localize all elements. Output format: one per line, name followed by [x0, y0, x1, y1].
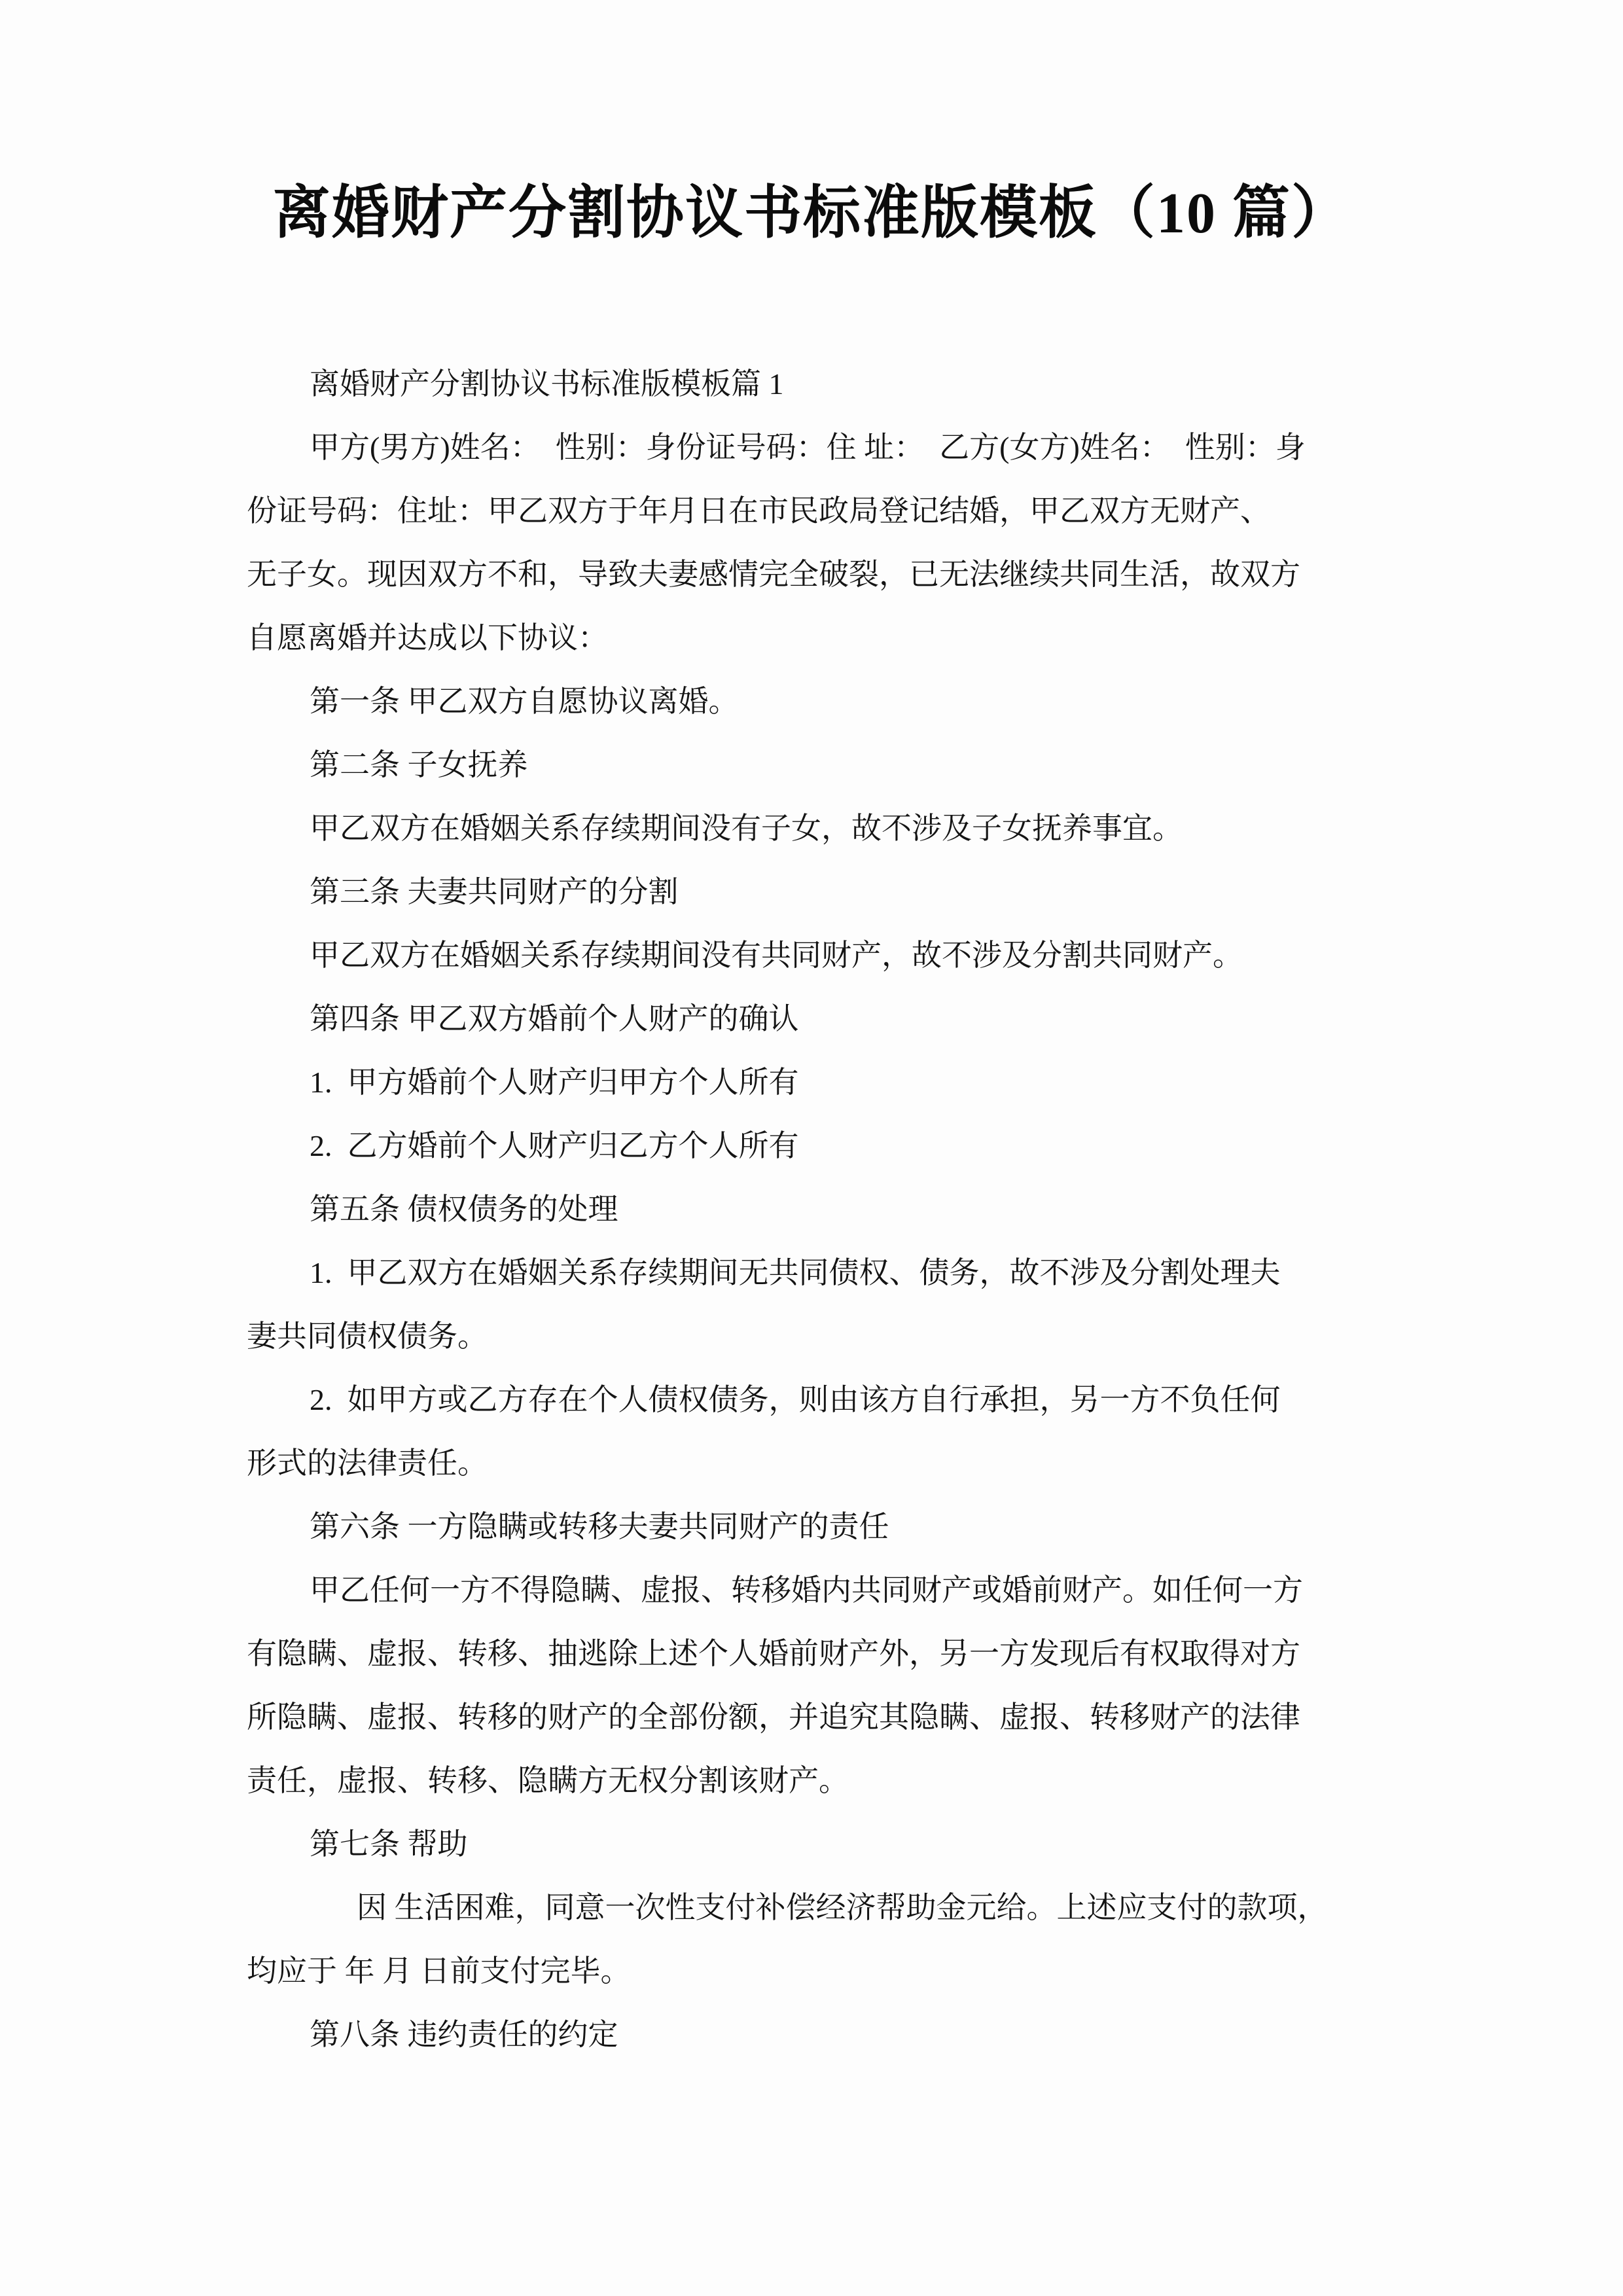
document-line: 责任，虚报、转移、隐瞒方无权分割该财产。: [247, 1749, 1382, 1812]
clause-heading: 第四条 甲乙双方婚前个人财产的确认: [247, 987, 1382, 1050]
clause-heading: 第一条 甲乙双方自愿协议离婚。: [247, 670, 1382, 733]
document-title: 离婚财产分割协议书标准版模板（10 篇）: [0, 171, 1623, 257]
list-item: 1. 甲方婚前个人财产归甲方个人所有: [247, 1050, 1382, 1114]
clause-heading: 第八条 违约责任的约定: [247, 2003, 1382, 2066]
document-body: 离婚财产分割协议书标准版模板篇 1 甲方(男方)姓名： 性别：身份证号码：住 址…: [247, 352, 1382, 2066]
document-page: 离婚财产分割协议书标准版模板（10 篇） 离婚财产分割协议书标准版模板篇 1 甲…: [0, 0, 1623, 2296]
document-line: 因 生活困难，同意一次性支付补偿经济帮助金元给。上述应支付的款项，: [247, 1876, 1382, 1939]
list-item: 1. 甲乙双方在婚姻关系存续期间无共同债权、债务，故不涉及分割处理夫: [247, 1241, 1382, 1304]
clause-heading: 第七条 帮助: [247, 1812, 1382, 1876]
document-line: 均应于 年 月 日前支付完毕。: [247, 1939, 1382, 2003]
document-line: 甲乙双方在婚姻关系存续期间没有共同财产，故不涉及分割共同财产。: [247, 924, 1382, 987]
document-line: 形式的法律责任。: [247, 1431, 1382, 1495]
list-item: 2. 如甲方或乙方存在个人债权债务，则由该方自行承担，另一方不负任何: [247, 1368, 1382, 1431]
document-line: 份证号码：住址：甲乙双方于年月日在市民政局登记结婚，甲乙双方无财产、: [247, 479, 1382, 543]
document-line: 妻共同债权债务。: [247, 1304, 1382, 1368]
document-line: 甲乙任何一方不得隐瞒、虚报、转移婚内共同财产或婚前财产。如任何一方: [247, 1558, 1382, 1622]
clause-heading: 第五条 债权债务的处理: [247, 1177, 1382, 1241]
document-line: 无子女。现因双方不和，导致夫妻感情完全破裂，已无法继续共同生活，故双方: [247, 543, 1382, 606]
clause-heading: 第三条 夫妻共同财产的分割: [247, 860, 1382, 924]
clause-heading: 第六条 一方隐瞒或转移夫妻共同财产的责任: [247, 1495, 1382, 1558]
document-line: 自愿离婚并达成以下协议：: [247, 606, 1382, 670]
document-line: 甲方(男方)姓名： 性别：身份证号码：住 址： 乙方(女方)姓名： 性别：身: [247, 416, 1382, 479]
clause-heading: 第二条 子女抚养: [247, 733, 1382, 797]
list-item: 2. 乙方婚前个人财产归乙方个人所有: [247, 1114, 1382, 1177]
document-line: 所隐瞒、虚报、转移的财产的全部份额，并追究其隐瞒、虚报、转移财产的法律: [247, 1685, 1382, 1749]
section-heading: 离婚财产分割协议书标准版模板篇 1: [247, 352, 1382, 416]
document-line: 有隐瞒、虚报、转移、抽逃除上述个人婚前财产外，另一方发现后有权取得对方: [247, 1622, 1382, 1685]
document-line: 甲乙双方在婚姻关系存续期间没有子女，故不涉及子女抚养事宜。: [247, 797, 1382, 860]
